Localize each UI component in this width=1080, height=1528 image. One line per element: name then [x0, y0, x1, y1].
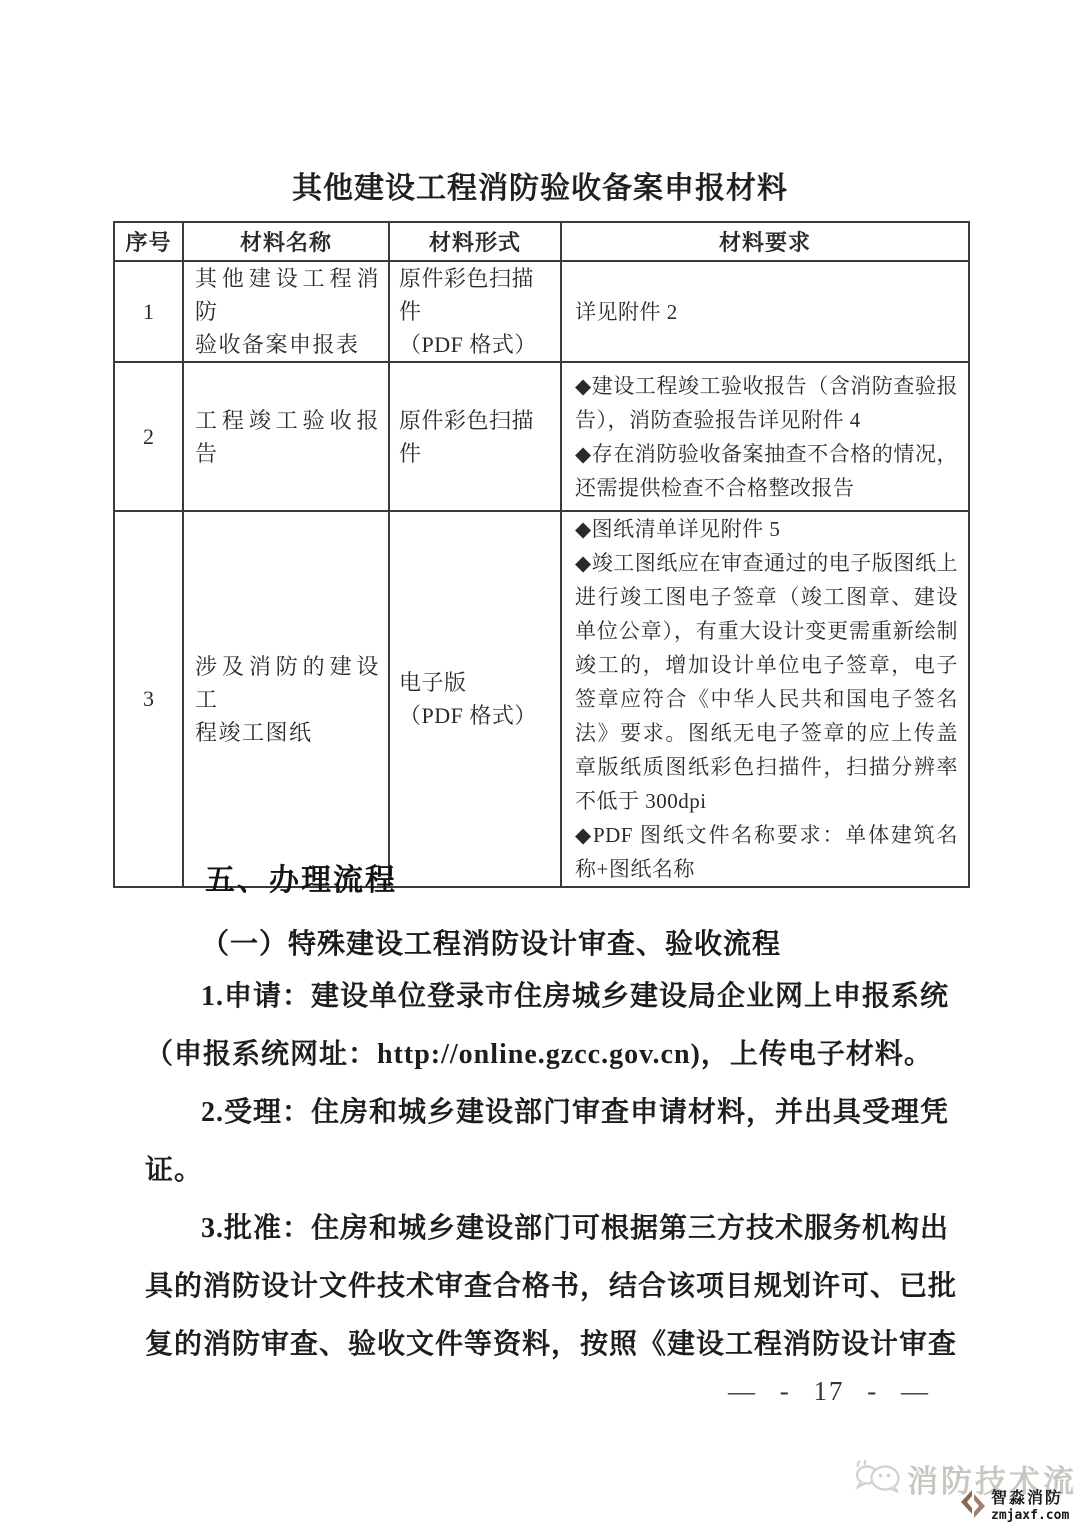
company-name: 智淼消防	[991, 1491, 1069, 1507]
company-url: zmjaxf.com	[991, 1509, 1069, 1522]
cell-no: 3	[114, 511, 183, 887]
paragraph-line: 1.申请：建设单位登录市住房城乡建设局企业网上申报系统	[145, 968, 942, 1026]
paragraph-line: 具的消防设计文件技术审查合格书，结合该项目规划许可、已批	[145, 1258, 942, 1316]
materials-table-wrapper: 序号 材料名称 材料形式 材料要求 1 其他建设工程消防 验收备案申报表 原件彩…	[113, 221, 968, 888]
cell-no: 1	[114, 261, 183, 362]
document-title: 其他建设工程消防验收备案申报材料	[0, 163, 1080, 207]
paragraph-line: （申报系统网址：http://online.gzcc.gov.cn)，上传电子材…	[145, 1026, 942, 1084]
cell-material-name: 工程竣工验收报告	[183, 362, 389, 511]
requirement-item: ◆建设工程竣工验收报告（含消防查验报告），消防查验报告详见附件 4	[575, 369, 958, 437]
zhimiao-logo-icon	[960, 1489, 987, 1524]
paragraph-line: 2.受理：住房和城乡建设部门审查申请材料，并出具受理凭	[145, 1084, 942, 1142]
paragraph-line: 复的消防审查、验收文件等资料，按照《建设工程消防设计审查	[145, 1316, 942, 1374]
cell-material-name: 涉及消防的建设工 程竣工图纸	[183, 511, 389, 887]
requirement-item: ◆图纸清单详见附件 5	[575, 512, 958, 546]
company-watermark: 智淼消防 zmjaxf.com	[960, 1489, 1069, 1524]
cell-material-requirements: ◆图纸清单详见附件 5 ◆竣工图纸应在审查通过的电子版图纸上进行竣工图电子签章（…	[561, 511, 969, 887]
cell-no: 2	[114, 362, 183, 511]
requirement-item: ◆竣工图纸应在审查通过的电子版图纸上进行竣工图电子签章（竣工图章、建设单位公章）…	[575, 546, 958, 818]
table-row: 3 涉及消防的建设工 程竣工图纸 电子版 （PDF 格式） ◆图纸清单详见附件 …	[114, 511, 969, 887]
cell-material-name: 其他建设工程消防 验收备案申报表	[183, 261, 389, 362]
cell-material-form: 电子版 （PDF 格式）	[389, 511, 561, 887]
subsection-heading: （一）特殊建设工程消防设计审查、验收流程	[145, 926, 942, 964]
table-header-row: 序号 材料名称 材料形式 材料要求	[114, 222, 969, 261]
cell-material-requirements: 详见附件 2	[561, 261, 969, 362]
table-row: 2 工程竣工验收报告 原件彩色扫描件 ◆建设工程竣工验收报告（含消防查验报告），…	[114, 362, 969, 511]
section-heading: 五、办理流程	[145, 860, 942, 902]
table-row: 1 其他建设工程消防 验收备案申报表 原件彩色扫描件 （PDF 格式） 详见附件…	[114, 261, 969, 362]
column-header-requirements: 材料要求	[561, 222, 969, 261]
paragraphs: 1.申请：建设单位登录市住房城乡建设局企业网上申报系统 （申报系统网址：http…	[145, 968, 942, 1374]
column-header-no: 序号	[114, 222, 183, 261]
wechat-icon	[854, 1458, 902, 1499]
cell-material-form: 原件彩色扫描件 （PDF 格式）	[389, 261, 561, 362]
body-content: 五、办理流程 （一）特殊建设工程消防设计审查、验收流程 1.申请：建设单位登录市…	[145, 860, 942, 1374]
paragraph-line: 证。	[145, 1142, 942, 1200]
document-page: 其他建设工程消防验收备案申报材料 序号 材料名称 材料形式 材料要求 1 其他建…	[0, 0, 1080, 1528]
requirement-item: ◆存在消防验收备案抽查不合格的情况，还需提供检查不合格整改报告	[575, 437, 958, 505]
paragraph-line: 3.批准：住房和城乡建设部门可根据第三方技术服务机构出	[145, 1200, 942, 1258]
column-header-form: 材料形式	[389, 222, 561, 261]
column-header-name: 材料名称	[183, 222, 389, 261]
cell-material-form: 原件彩色扫描件	[389, 362, 561, 511]
materials-table: 序号 材料名称 材料形式 材料要求 1 其他建设工程消防 验收备案申报表 原件彩…	[113, 221, 970, 888]
cell-material-requirements: ◆建设工程竣工验收报告（含消防查验报告），消防查验报告详见附件 4 ◆存在消防验…	[561, 362, 969, 511]
requirement-item: 详见附件 2	[575, 295, 958, 329]
page-number: — - 17 - —	[728, 1376, 930, 1407]
